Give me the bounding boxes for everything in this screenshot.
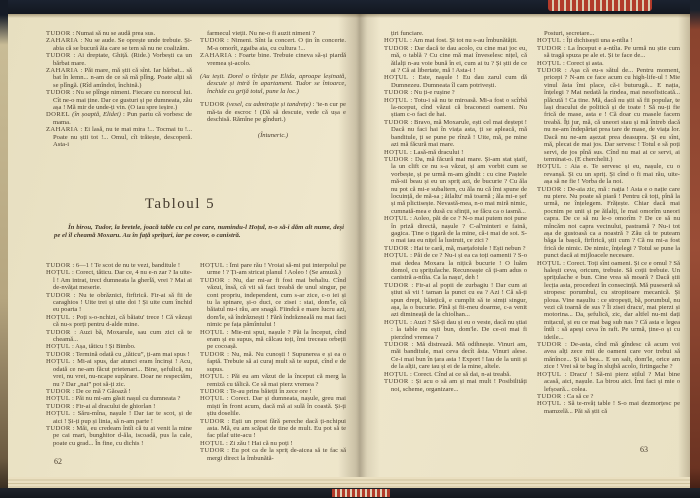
dialogue-line: TUDOR : Măi, eu credeam întîi că tu ai v… (46, 425, 192, 447)
speaker-name: ZAHARIA (200, 52, 232, 59)
dialogue-line: TUDOR : De ce mă ? Găoază ! (46, 388, 192, 395)
speaker-name: HOȚUL (384, 97, 408, 104)
dialogue-line: HOȚUL : Aia e. Te servesc și eu, nașule,… (537, 163, 680, 185)
speaker-name: HOȚUL (384, 252, 408, 259)
dialogue-line: ZAHARIA : Foarte bine. Trebuie cineva să… (200, 52, 346, 67)
speaker-name: TUDOR (384, 119, 409, 126)
speaker-name: TUDOR (200, 351, 225, 358)
right-page-columns: țiri funciare.HOȚUL : Am mai fost. Și to… (384, 30, 680, 448)
speaker-name: HOȚUL (384, 74, 408, 81)
speaker-name: TUDOR (384, 378, 409, 385)
scene-intro-stage-direction: În birou, Tudor, la bretele, joacă table… (54, 224, 344, 240)
book-cover-right (690, 0, 700, 498)
speaker-name: HOȚUL (46, 314, 70, 321)
page-left: TUDOR : Numai să nu se audă prea sus.ZAH… (8, 14, 352, 488)
page-bottom-edges (8, 477, 692, 488)
dialogue-line: HOȚUL : Totu-i să nu te miroasă. Mi-a fo… (384, 97, 527, 119)
dialogue-line: TUDOR : Ai dreptate, Ghiță. (Ride.) Vorb… (46, 52, 192, 67)
dialogue-line: TUDOR : La început e a-ntîia. Pe urmă nu… (537, 45, 680, 60)
speaker-name: TUDOR (200, 277, 225, 284)
dialogue-line: HOȚUL : Auzi ? Să-ți dau și eu o veste, … (384, 319, 527, 341)
dialogue-line: TUDOR : Hai te cară, mă, marțafoiule ! E… (384, 245, 527, 252)
dialogue-line: HOȚUL : Dracu' ! Să-mi pierz stilul ? Ma… (537, 371, 680, 393)
book-spine-shadow (338, 14, 380, 488)
dialogue-line: TUDOR : 6—1 ! Te scot de nu te vezi, ban… (46, 262, 192, 269)
dialogue-line: TUDOR : Mă distrează. Mă odihnește. Vinu… (384, 341, 527, 371)
text-line: (Întuneric.) (200, 132, 346, 139)
dialogue-line: TUDOR : Nu ți-e rușine ? (384, 89, 527, 96)
speaker-name: HOȚUL (537, 60, 561, 67)
dialogue-line: TUDOR (vesel, cu admirație și tandrețe) … (200, 101, 346, 123)
speaker-name: ZAHARIA (46, 67, 78, 74)
speaker-name: TUDOR (200, 388, 225, 395)
dialogue-line: HOȚUL : Păi nu mi-am găsit nașul cu dumn… (46, 395, 192, 402)
speaker-name: HOȚUL (200, 329, 224, 336)
dialogue-line: HOȚUL : Am mai fost. Și tot nu s-au îmbu… (384, 37, 527, 44)
dialogue-line: TUDOR : Auzi bă, Moxarule, sau cum zici … (46, 329, 192, 344)
dialogue-line: TUDOR : Bravo, mă Moxarule, ești cel mai… (384, 119, 527, 149)
dialogue-line: HOȚUL : Păi eu am văzut de la început că… (200, 373, 346, 388)
speaker-name: ZAHARIA (46, 37, 78, 44)
speaker-name: HOȚUL (537, 163, 561, 170)
speaker-name: HOȚUL (46, 358, 70, 365)
speaker-parenthetical: (vesel, cu admirație și tandrețe) (225, 101, 311, 108)
speaker-name: TUDOR (200, 447, 225, 454)
speaker-name: HOȚUL (537, 260, 561, 267)
dialogue-line: TUDOR : Te-au prins băieții în zece ore … (200, 388, 346, 395)
dialogue-line: HOȚUL : Păi de ce ? Nu-i și ea ca toți o… (384, 252, 527, 282)
speaker-name: HOȚUL (537, 37, 561, 44)
speaker-name: TUDOR (537, 67, 562, 74)
speaker-name: TUDOR (46, 292, 71, 299)
speaker-name: HOȚUL (537, 371, 561, 378)
speaker-name: TUDOR (200, 37, 225, 44)
dialogue-line: TUDOR : Da, mă făcură mai mare. Și-am st… (384, 156, 527, 215)
headband-bottom (332, 489, 390, 497)
scene-heading: Tabloul 5 (8, 196, 352, 213)
speaker-name: TUDOR (46, 30, 71, 37)
book-cover-left (0, 0, 8, 498)
left-page-bottom-column-1: TUDOR : 6—1 ! Te scot de nu te vezi, ban… (46, 262, 192, 464)
speaker-name: HOȚUL (537, 400, 561, 407)
speaker-name: TUDOR (46, 329, 71, 336)
speaker-name: TUDOR (537, 186, 562, 193)
dialogue-line: HOȚUL : Poți s-o-nchizi, că băiatu' trec… (46, 314, 192, 329)
text-line: țiri funciare. (384, 30, 527, 37)
speaker-name: TUDOR (384, 156, 409, 163)
speaker-name: HOȚUL (46, 343, 70, 350)
page-number-left: 62 (54, 457, 62, 466)
open-book-pages: TUDOR : Numai să nu se audă prea sus.ZAH… (8, 14, 692, 488)
right-page-column-2: Posturi, secretare...HOȚUL : Îți dichise… (537, 30, 680, 448)
speaker-name: HOȚUL (46, 269, 70, 276)
speaker-name: TUDOR (537, 393, 562, 400)
speaker-name: TUDOR (200, 101, 225, 108)
dialogue-line: TUDOR : Nu, mă. Nu cunoști ! Supunerea e… (200, 351, 346, 373)
dialogue-line: HOȚUL : Lasă-mă dracului ! (384, 149, 527, 156)
dialogue-line: TUDOR : Nimeni. Sînt la concert. O țin î… (200, 37, 346, 52)
text-line: (Au ieșit. Dorel o tîrăște pe Elida, apr… (200, 73, 346, 95)
dialogue-line: HOȚUL : Îți dichisești una a-ntîia ! (537, 37, 680, 44)
speaker-name: TUDOR (537, 341, 562, 348)
page-right: țiri funciare.HOȚUL : Am mai fost. Și to… (352, 14, 692, 488)
dialogue-line: HOȚUL : Mi-ai spus, dar atunci eram înci… (46, 358, 192, 388)
speaker-name: HOȚUL (200, 373, 224, 380)
headband-top (548, 0, 652, 11)
speaker-name: TUDOR (46, 403, 71, 410)
speaker-name: TUDOR (46, 388, 71, 395)
dialogue-line: TUDOR : Fir-ai al dracului de ghiorlan ! (46, 403, 192, 410)
dialogue-line: TUDOR : Așa că eu-s sătul de... Pentru m… (537, 67, 680, 163)
speaker-name: HOȚUL (46, 395, 70, 402)
speaker-name: TUDOR (46, 52, 71, 59)
dialogue-line: ZAHARIA : Păi mare, mă știi că sînt. Iar… (46, 67, 192, 89)
speaker-name: TUDOR (384, 341, 409, 348)
speaker-name: HOȚUL (384, 371, 408, 378)
speaker-name: ZAHARIA (46, 126, 78, 133)
dialogue-line: HOȚUL : Corect. Cînd ai ce să dai, n-ai … (384, 371, 527, 378)
speaker-name: HOȚUL (384, 37, 408, 44)
speaker-name: HOȚUL (384, 149, 408, 156)
dialogue-line: TUDOR : Nu te obrăznici, firfirică. Fir-… (46, 292, 192, 314)
dialogue-line: HOȚUL : Corect. Dar și dumneata, nașule,… (200, 395, 346, 417)
speaker-name: HOȚUL (384, 215, 408, 222)
dialogue-line: DOREL (în șoaptă, Elidei) : Pun pariu că… (46, 111, 192, 126)
dialogue-line: HOȚUL : Așa, tăticu ! Și Bimbo. (46, 343, 192, 350)
dialogue-line: TUDOR : Eu pot ca de la spriț de-aicea s… (200, 447, 346, 462)
speaker-name: TUDOR (46, 89, 71, 96)
dialogue-line: TUDOR : Fir-ai al popii de zurbagiu ! Da… (384, 282, 527, 319)
right-page-column-1: țiri funciare.HOȚUL : Am mai fost. Și to… (384, 30, 527, 448)
left-page-top-column-2: farmecul vieții. Nu ne-o fi auzit nimeni… (200, 30, 346, 182)
dialogue-line: TUDOR : Dar dacă te dau acolo, cu cine m… (384, 45, 527, 75)
left-page-top-columns: TUDOR : Numai să nu se audă prea sus.ZAH… (46, 30, 346, 182)
dialogue-line: TUDOR : Ca să ce ? (537, 393, 680, 400)
dialogue-line: ZAHARIA : Ei lasă, nu te mai mira !... T… (46, 126, 192, 148)
speaker-name: TUDOR (384, 245, 409, 252)
dialogue-line: HOȚUL : Corect și asta. (537, 60, 680, 67)
dialogue-line: TUDOR : De-aia zic, mă : nația ! Asta e … (537, 186, 680, 260)
dialogue-line: HOȚUL : Săru-mîna, nașule ! Dar iar te s… (46, 410, 192, 425)
speaker-name: TUDOR (46, 351, 71, 358)
dialogue-line: TUDOR : Numai să nu se audă prea sus. (46, 30, 192, 37)
speaker-name: TUDOR (384, 282, 409, 289)
speaker-name: HOȚUL (200, 395, 224, 402)
dialogue-line: HOȚUL : Corect. Toți sînt oameni. Și ce … (537, 260, 680, 341)
dialogue-line: TUDOR : Nu, dar mi-ar fi fost mai behali… (200, 277, 346, 329)
dialogue-line: HOȚUL : Să te-nvăț table ! S-o mai dezmo… (537, 400, 680, 415)
page-number-right: 63 (640, 445, 648, 454)
speaker-name: TUDOR (46, 425, 71, 432)
dialogue-line: TUDOR : De-asta, cînd mă gîndesc că acum… (537, 341, 680, 371)
left-page-bottom-columns: TUDOR : 6—1 ! Te scot de nu te vezi, ban… (46, 262, 346, 464)
speaker-name: DOREL (46, 111, 70, 118)
dialogue-line: TUDOR : Și acu o să am și mai mult ! Pos… (384, 378, 527, 393)
speaker-name: HOȚUL (384, 319, 408, 326)
dialogue-line: TUDOR : Ești un prost fără pereche dacă … (200, 418, 346, 440)
speaker-name: HOȚUL (46, 410, 70, 417)
dialogue-line: HOȚUL : Mie-mi spui, nașule ? Păi la înc… (200, 329, 346, 351)
dialogue-line: HOȚUL : Aoleo, păi de ce ? N-o mai putem… (384, 215, 527, 245)
dialogue-line: HOȚUL : Este, nașule ! Eu dau zarul cum … (384, 74, 527, 89)
speaker-name: TUDOR (46, 262, 71, 269)
dialogue-line: HOȚUL : Zi zău ! Hai că nu poți ! (200, 440, 346, 447)
speaker-name: TUDOR (200, 418, 225, 425)
dialogue-line: ZAHARIA : Nu se aude. Se oprește unde tr… (46, 37, 192, 52)
speaker-name: TUDOR (537, 45, 562, 52)
text-line: farmecul vieții. Nu ne-o fi auzit nimeni… (200, 30, 346, 37)
speaker-name: HOȚUL (200, 262, 224, 269)
left-page-top-column-1: TUDOR : Numai să nu se audă prea sus.ZAH… (46, 30, 192, 182)
dialogue-line: HOȚUL : Îmi pare rău ! Vroiai să-mi pui … (200, 262, 346, 277)
speaker-name: HOȚUL (200, 440, 224, 447)
dialogue-line: TUDOR : Termină odată cu „tăticu”, ți-am… (46, 351, 192, 358)
dialogue-line: HOȚUL : Corect, tăticu. Dar ce, 4 nu e-n… (46, 269, 192, 291)
left-page-bottom-column-2: HOȚUL : Îmi pare rău ! Vroiai să-mi pui … (200, 262, 346, 464)
speaker-name: TUDOR (384, 45, 409, 52)
dialogue-line: TUDOR : Nu se plînge nimeni. Fiecare cu … (46, 89, 192, 111)
speaker-name: TUDOR (384, 89, 409, 96)
speaker-parenthetical: (în șoaptă, Elidei) (70, 111, 121, 118)
